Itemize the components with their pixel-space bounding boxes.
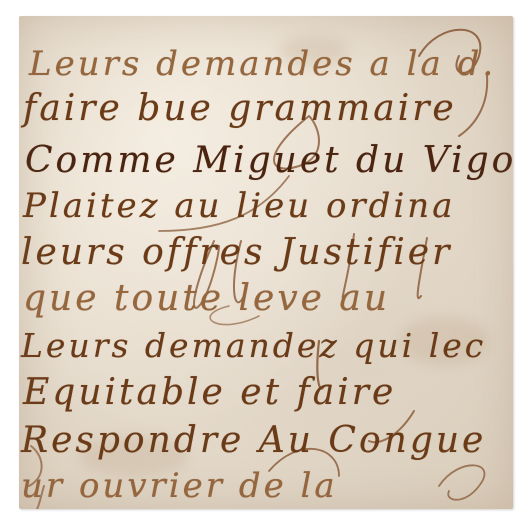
manuscript-line-5: leurs offres Justifier xyxy=(21,232,452,273)
manuscript-line-8: Equitable et faire xyxy=(23,372,396,413)
manuscript-line-2: faire bue grammaire xyxy=(23,88,457,129)
manuscript-line-6: que toute leve au xyxy=(23,278,390,319)
manuscript-line-4: Plaitez au lieu ordina xyxy=(23,186,455,226)
manuscript-line-10: ur ouvrier de la xyxy=(21,466,338,506)
manuscript-tile: Leurs demandes a la d. faire bue grammai… xyxy=(19,16,513,509)
manuscript-line-3: Comme Miguet du Vigo xyxy=(25,140,513,181)
manuscript-line-9: Respondre Au Congue xyxy=(21,420,486,461)
manuscript-line-7: Leurs demandez qui lec xyxy=(21,326,486,365)
manuscript-line-1: Leurs demandes a la d. xyxy=(29,44,496,84)
